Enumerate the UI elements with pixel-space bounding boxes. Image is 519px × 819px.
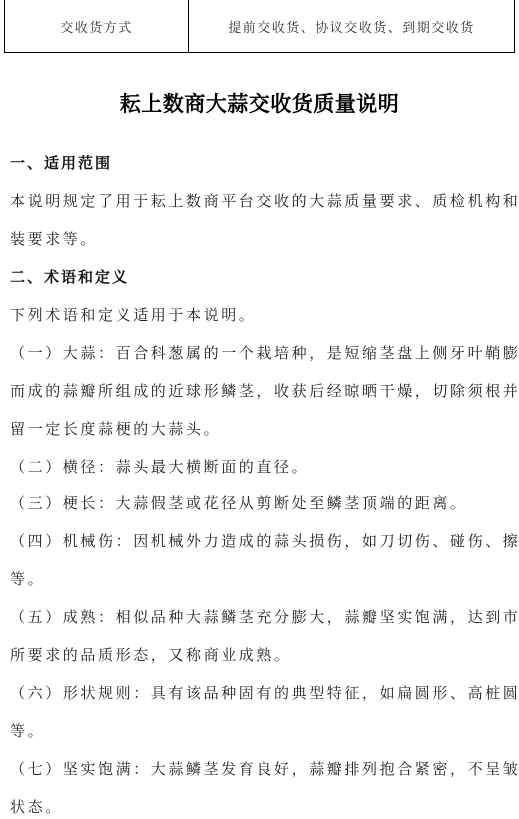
definition-garlic: （一）大蒜：百合科葱属的一个栽培种，是短缩茎盘上侧牙叶鞘膨大 bbox=[10, 342, 510, 363]
table-label-cell: 交收货方式 bbox=[5, 0, 189, 52]
paragraph-line: 而成的蒜瓣所组成的近球形鳞茎，收获后经晾晒干燥，切除须根并保 bbox=[10, 380, 510, 401]
table-value-cell: 提前交收货、协议交收货、到期交收货 bbox=[189, 0, 514, 52]
section-heading-scope: 一、适用范围 bbox=[10, 152, 510, 173]
section-heading-terms: 二、术语和定义 bbox=[10, 266, 510, 287]
paragraph-line: 状态。 bbox=[10, 796, 510, 817]
paragraph-line: 所要求的品质形态，又称商业成熟。 bbox=[10, 644, 510, 665]
definition-firm-plump: （七）坚实饱满：大蒜鳞茎发育良好，蒜瓣排列抱合紧密，不呈皱缩 bbox=[10, 758, 510, 779]
document-title: 耘上数商大蒜交收货质量说明 bbox=[0, 88, 519, 118]
paragraph-line: 等。 bbox=[10, 568, 510, 589]
paragraph-line: 装要求等。 bbox=[10, 228, 510, 249]
paragraph-line: 本说明规定了用于耘上数商平台交收的大蒜质量要求、质检机构和包 bbox=[10, 190, 510, 211]
definition-diameter: （二）横径：蒜头最大横断面的直径。 bbox=[10, 456, 510, 477]
definition-stem-length: （三）梗长：大蒜假茎或花径从剪断处至鳞茎顶端的距离。 bbox=[10, 492, 510, 513]
definition-regular-shape: （六）形状规则：具有该品种固有的典型特征，如扁圆形、高桩圆形 bbox=[10, 682, 510, 703]
paragraph-line: 下列术语和定义适用于本说明。 bbox=[10, 304, 510, 325]
paragraph-line: 等。 bbox=[10, 720, 510, 741]
definition-maturity: （五）成熟：相似品种大蒜鳞茎充分膨大，蒜瓣坚实饱满，达到市场 bbox=[10, 606, 510, 627]
paragraph-line: 留一定长度蒜梗的大蒜头。 bbox=[10, 418, 510, 439]
delivery-method-table: 交收货方式 提前交收货、协议交收货、到期交收货 bbox=[4, 0, 515, 53]
definition-mechanical-damage: （四）机械伤：因机械外力造成的蒜头损伤，如刀切伤、碰伤、擦伤 bbox=[10, 530, 510, 551]
